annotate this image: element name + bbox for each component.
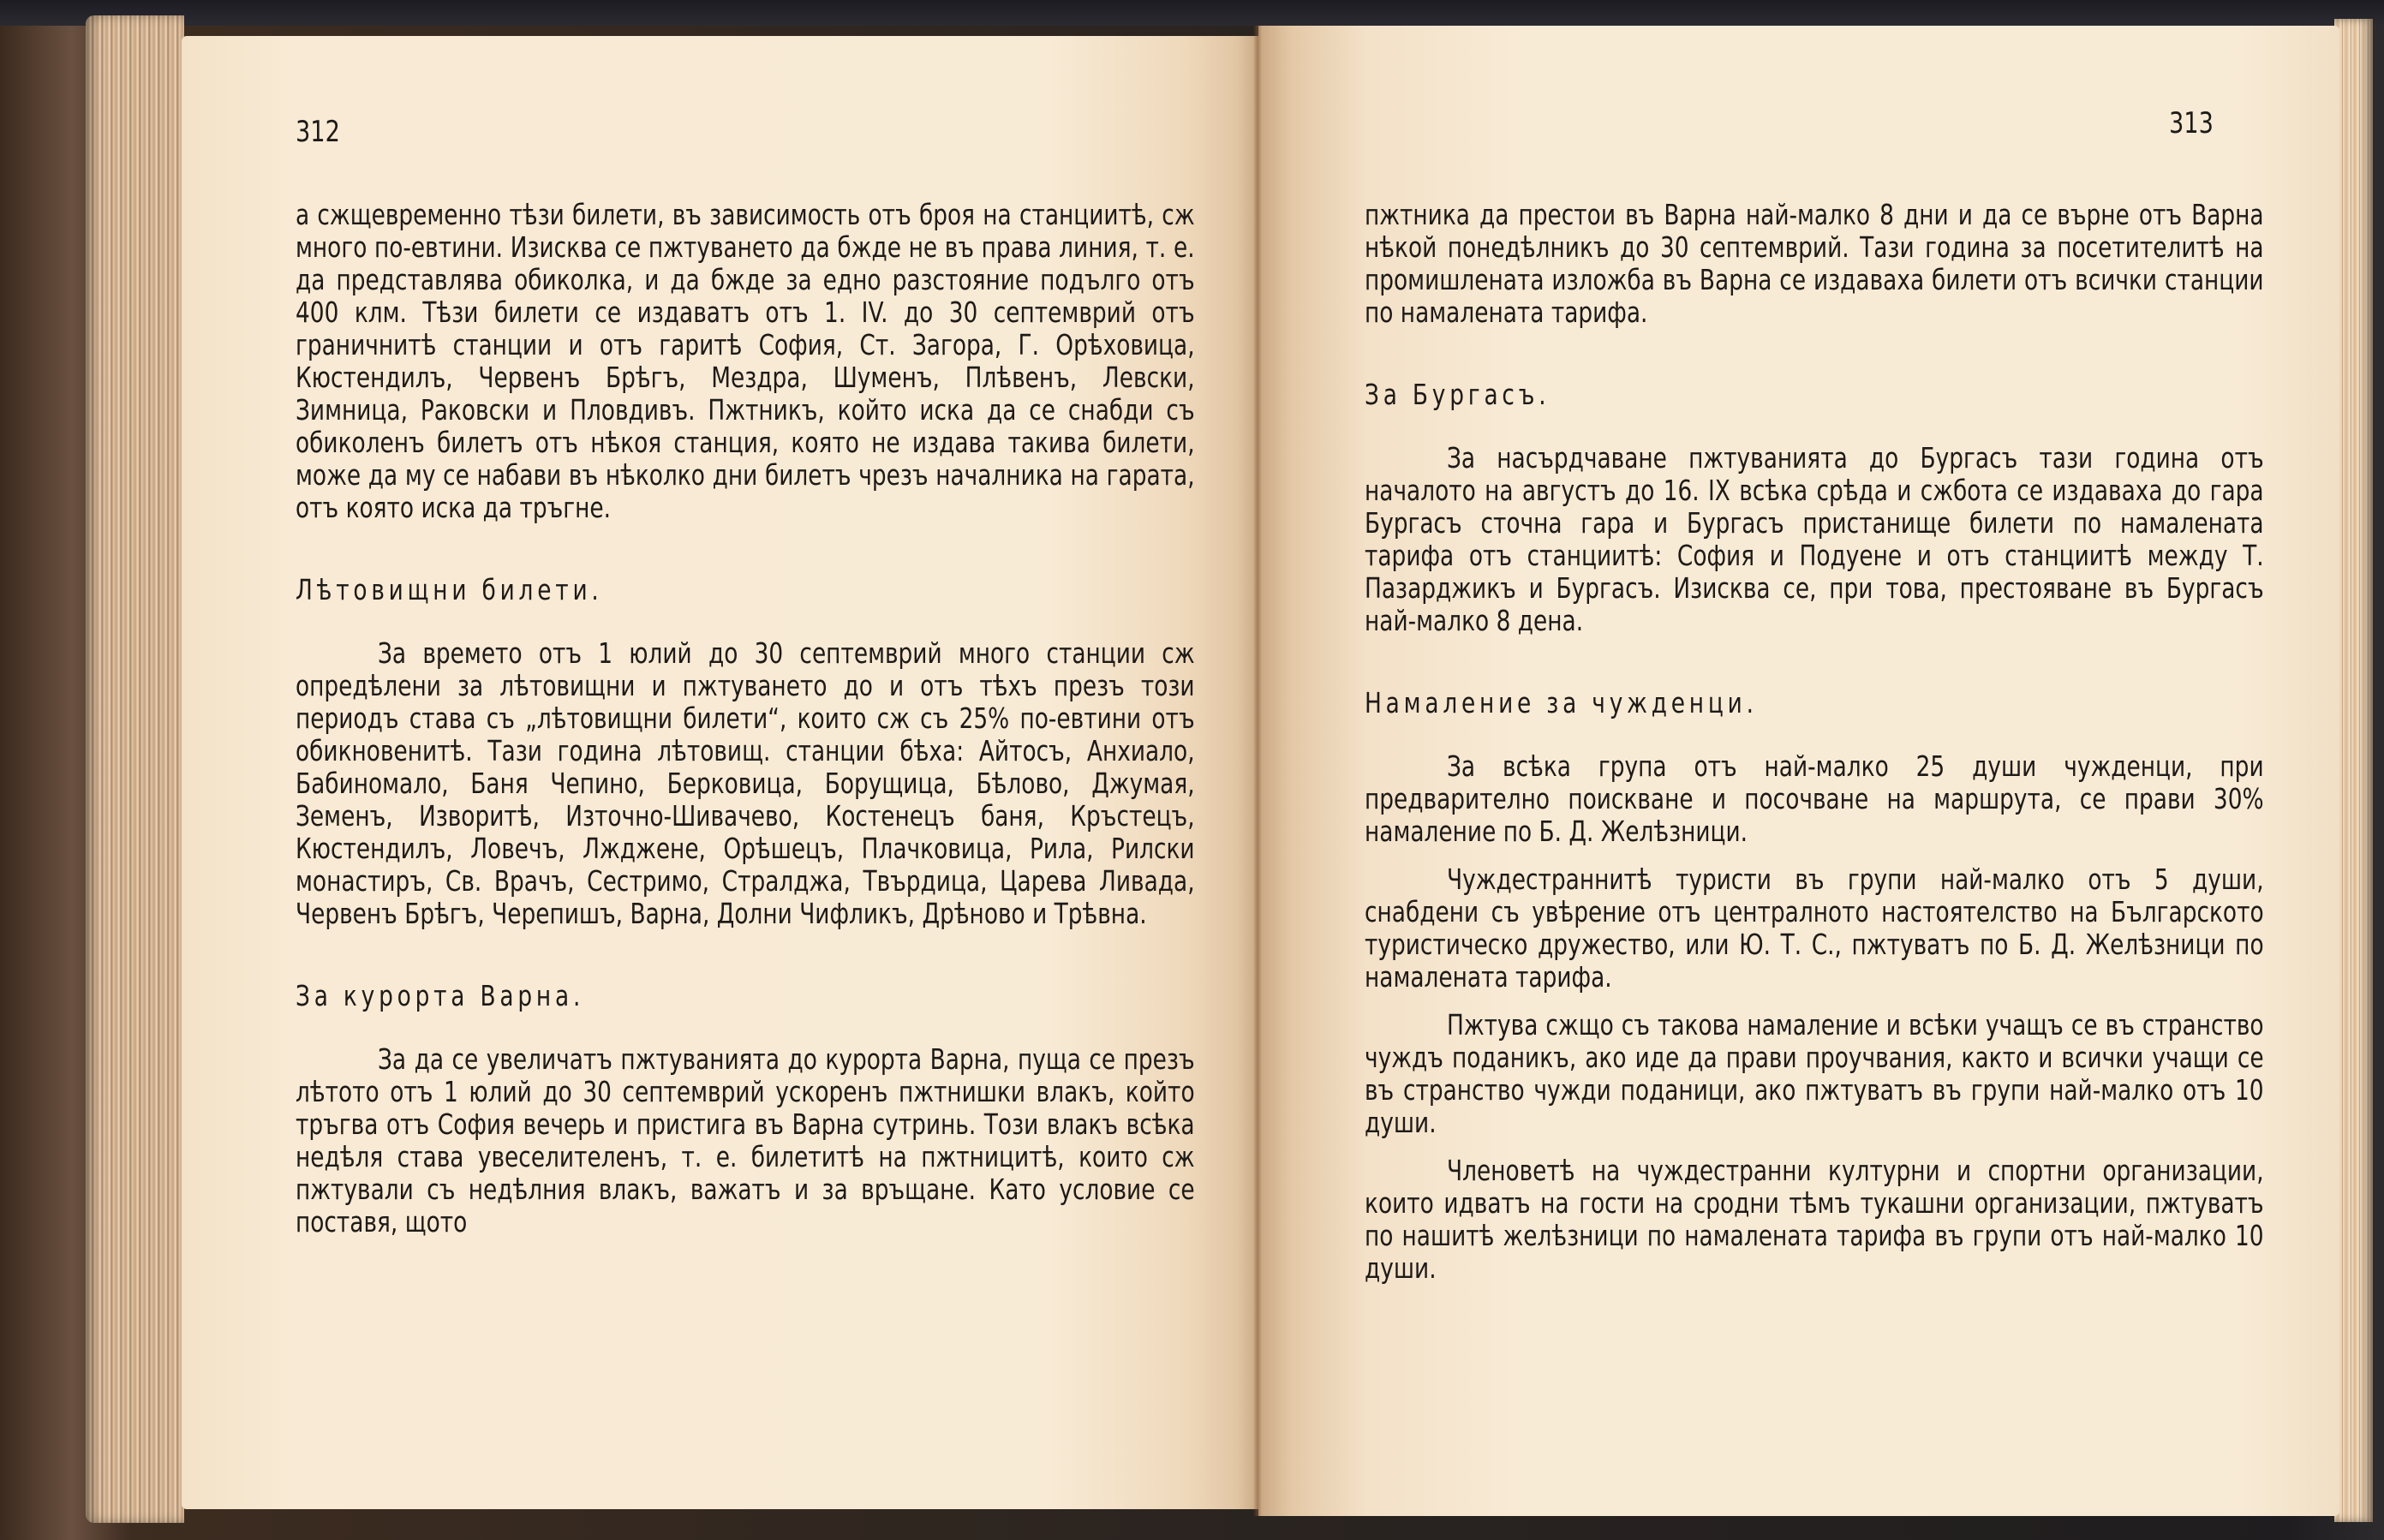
foreigners-paragraph-2: Чуждестраннитѣ туристи въ групи най-малк…	[1365, 863, 2264, 994]
varna-resort-paragraph: За да се увеличатъ пжтуванията до курорт…	[296, 1043, 1195, 1239]
top-cover-edge	[0, 0, 2384, 26]
section-heading-varna-resort: За курорта Варна.	[296, 980, 1195, 1012]
summer-tickets-paragraph: За времето отъ 1 юлий до 30 септемврий м…	[296, 637, 1195, 930]
section-heading-burgas: За Бургасъ.	[1365, 379, 2264, 411]
continuation-paragraph: пжтника да престои въ Варна най-малко 8 …	[1365, 199, 2264, 329]
burgas-paragraph: За насърдчаване пжтуванията до Бургасъ т…	[1365, 442, 2264, 637]
page-number-right: 313	[2169, 106, 2214, 140]
foreigners-paragraph-3: Пжтува сжщо съ такова намаление и всѣки …	[1365, 1009, 2264, 1139]
right-page-text: пжтника да престои въ Варна най-малко 8 …	[1365, 199, 2264, 1285]
foreigners-paragraph-4: Членоветѣ на чуждестранни културни и спо…	[1365, 1155, 2264, 1285]
section-heading-summer-tickets: Лѣтовищни билети.	[296, 574, 1195, 606]
left-page-text: а сжщевременно тѣзи билети, въ зависимос…	[296, 199, 1195, 1239]
right-page-edges	[2334, 19, 2373, 1522]
book-gutter	[1253, 26, 1262, 1516]
continuation-paragraph: а сжщевременно тѣзи билети, въ зависимос…	[296, 199, 1195, 524]
foreigners-paragraph-1: За всѣка група отъ най-малко 25 души чуж…	[1365, 750, 2264, 848]
page-number-left: 312	[296, 115, 340, 149]
left-page-edges	[86, 15, 184, 1523]
section-heading-foreigners-discount: Намаление за чужденци.	[1365, 687, 2264, 719]
